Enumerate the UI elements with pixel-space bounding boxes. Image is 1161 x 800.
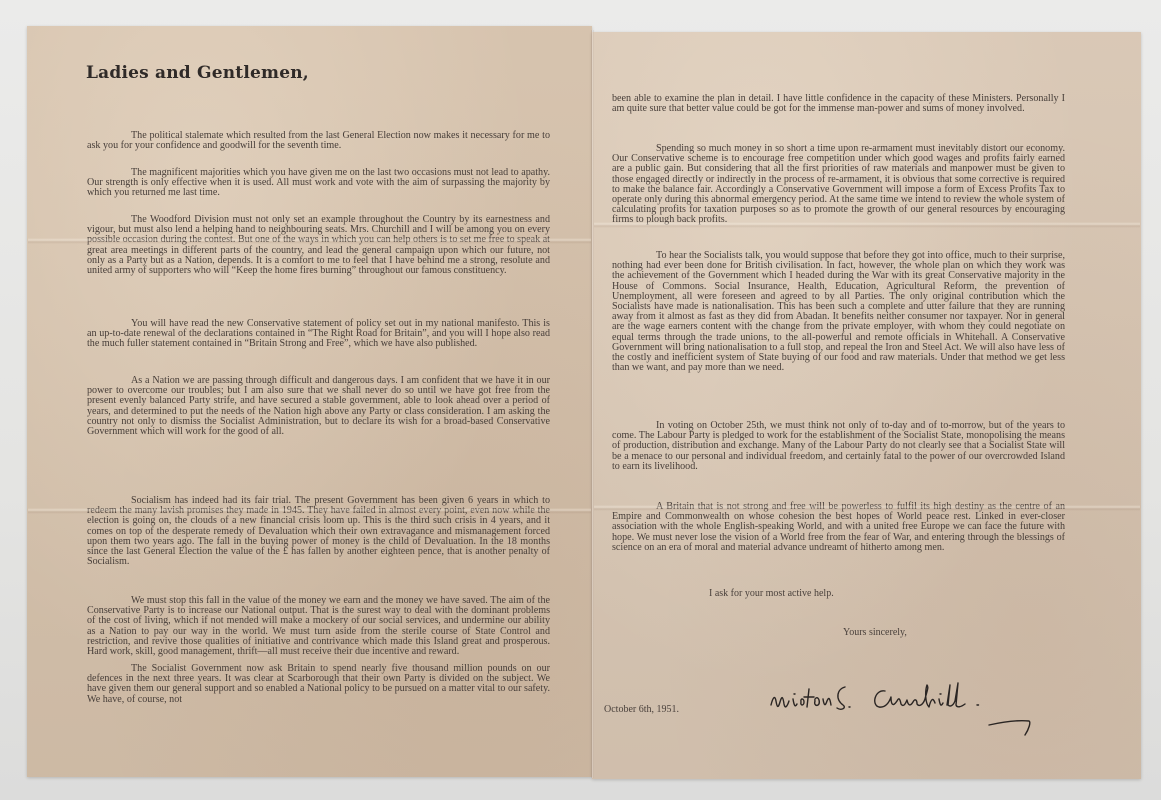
paragraph: The Woodford Division must not only set …	[87, 215, 550, 276]
horizontal-crease	[28, 238, 591, 244]
paragraph: Spending so much money in so short a tim…	[612, 144, 1065, 226]
valediction-text: Yours sincerely,	[843, 627, 907, 638]
paragraph: You will have read the new Conservative …	[87, 319, 550, 350]
signature	[767, 677, 1057, 741]
horizontal-crease	[594, 222, 1140, 228]
paragraph: In voting on October 25th, we must think…	[612, 421, 1065, 472]
paragraph: We must stop this fall in the value of t…	[87, 596, 550, 657]
paragraph: The magnificent majorities which you hav…	[87, 168, 550, 199]
paragraph: To hear the Socialists talk, you would s…	[612, 251, 1065, 373]
page-fold	[591, 30, 594, 778]
left-page: Ladies and Gentlemen, The political stal…	[27, 26, 592, 777]
letter-date: October 6th, 1951.	[604, 704, 679, 715]
paragraph: The political stalemate which resulted f…	[87, 131, 550, 151]
signature-scribble	[767, 677, 1057, 737]
paragraph: Socialism has indeed had its fair trial.…	[87, 496, 550, 567]
salutation-heading: Ladies and Gentlemen,	[86, 63, 309, 83]
horizontal-crease	[28, 508, 591, 514]
paragraph: As a Nation we are passing through diffi…	[87, 376, 550, 437]
right-page: been able to examine the plan in detail.…	[592, 32, 1141, 779]
paragraph: been able to examine the plan in detail.…	[612, 94, 1065, 114]
horizontal-crease	[594, 505, 1140, 511]
paragraph: The Socialist Government now ask Britain…	[87, 664, 550, 705]
appeal-text: I ask for your most active help.	[709, 588, 834, 599]
